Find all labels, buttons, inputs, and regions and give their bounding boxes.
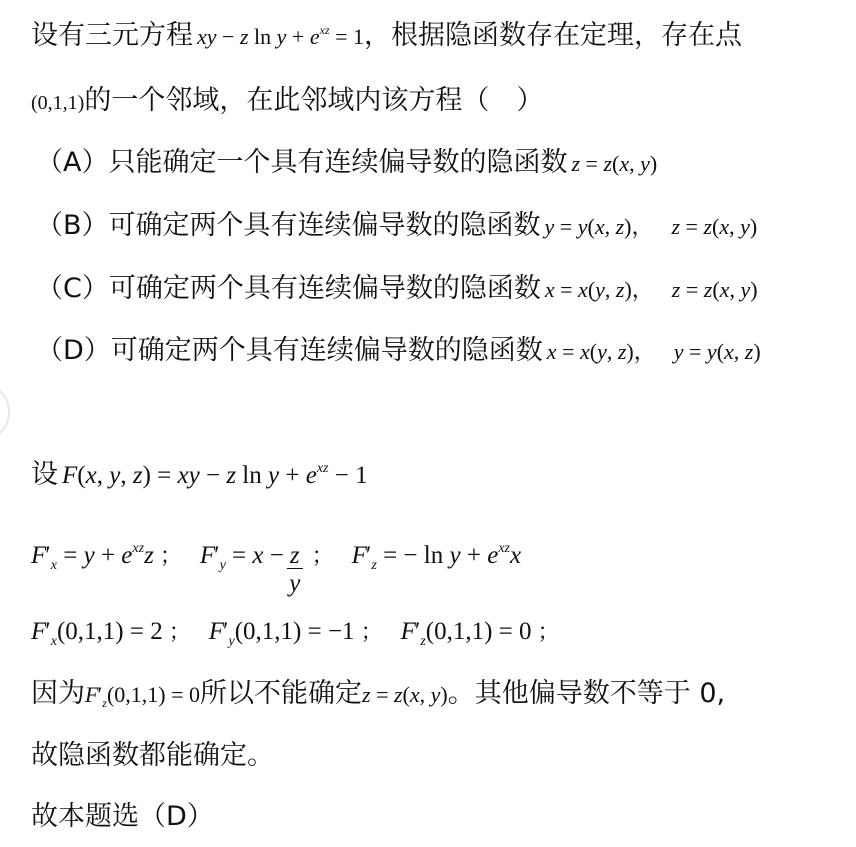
option-text: 可确定两个具有连续偏导数的隐函数 <box>109 209 541 243</box>
option-math: y = y(x, z)，z = z(x, y) <box>545 210 758 244</box>
option-a[interactable]: （A） 只能确定一个具有连续偏导数的隐函数 z = z(x, y) <box>36 146 657 181</box>
conclusion-2: 故本题选（D） <box>31 800 214 834</box>
option-text: 可确定两个具有连续偏导数的隐函数 <box>111 334 543 368</box>
because-math-2: z = z(x, y) <box>362 678 448 712</box>
conclusion-1: 故隐函数都能确定。 <box>31 739 274 773</box>
option-text: 只能确定一个具有连续偏导数的隐函数 <box>108 146 567 180</box>
partial-fx: F′x = y + exzz <box>31 539 154 573</box>
partial-derivatives: F′x = y + exzz ； F′y = x −zy ； F′z = − l… <box>31 530 521 585</box>
solution-define-f: 设 F(x, y, z) = xy − z ln y + exz − 1 <box>31 458 368 493</box>
scroll-artifact <box>0 388 10 436</box>
separator: ； <box>312 540 334 574</box>
separator: ； <box>538 616 560 650</box>
option-label: （B） <box>36 209 109 243</box>
option-math: x = x(y, z)，z = z(x, y) <box>545 273 758 307</box>
option-b[interactable]: （B） 可确定两个具有连续偏导数的隐函数 y = y(x, z)，z = z(x… <box>36 209 757 244</box>
value-fy: F′y(0,1,1) = −1 <box>209 615 355 649</box>
option-text: 可确定两个具有连续偏导数的隐函数 <box>109 272 541 306</box>
value-fx: F′x(0,1,1) = 2 <box>31 615 163 649</box>
option-label: （D） <box>36 334 111 368</box>
f-definition: F(x, y, z) = xy − z ln y + exz − 1 <box>62 459 368 493</box>
equation: xy − z ln y + exz = 1 <box>197 20 364 54</box>
because-line: 因为 F′z(0,1,1) = 0 所以不能确定 z = z(x, y) 。其他… <box>31 677 725 712</box>
partial-fz: F′z = − ln y + exzx <box>352 539 521 573</box>
option-d[interactable]: （D） 可确定两个具有连续偏导数的隐函数 x = x(y, z)，y = y(x… <box>36 334 761 369</box>
question-line-2: (0,1,1) 的一个邻域，在此邻域内该方程（ ） <box>31 84 543 120</box>
separator: ； <box>160 540 182 574</box>
point: (0,1,1) <box>31 86 84 120</box>
partial-values: F′x(0,1,1) = 2 ； F′y(0,1,1) = −1 ； F′z(0… <box>31 615 578 650</box>
because-mid-text: 所以不能确定 <box>200 677 362 711</box>
let-text: 设 <box>31 458 58 492</box>
option-c[interactable]: （C） 可确定两个具有连续偏导数的隐函数 x = x(y, z)，z = z(x… <box>36 272 758 307</box>
fraction: zy <box>287 544 303 599</box>
question-text-suffix: ，根据隐函数存在定理，存在点 <box>364 19 742 53</box>
separator: ； <box>169 616 191 650</box>
because-suffix-text: 。其他偏导数不等于 0, <box>448 677 725 711</box>
because-text: 因为 <box>31 677 85 711</box>
option-math: z = z(x, y) <box>571 147 657 181</box>
question-text-2: 的一个邻域，在此邻域内该方程（ ） <box>84 84 543 118</box>
option-label: （C） <box>36 272 109 306</box>
because-math: F′z(0,1,1) = 0 <box>85 678 200 712</box>
separator: ； <box>361 616 383 650</box>
partial-fy: F′y = x −zy <box>200 530 306 585</box>
answer-text: 故本题选（D） <box>31 800 214 834</box>
value-fz: F′z(0,1,1) = 0 <box>401 615 532 649</box>
option-math: x = x(y, z)，y = y(x, z) <box>547 335 761 369</box>
question-text: 设有三元方程 <box>31 19 193 53</box>
option-label: （A） <box>36 146 108 180</box>
conclusion-text: 故隐函数都能确定。 <box>31 739 274 773</box>
question-line-1: 设有三元方程 xy − z ln y + exz = 1 ，根据隐函数存在定理，… <box>31 19 742 54</box>
